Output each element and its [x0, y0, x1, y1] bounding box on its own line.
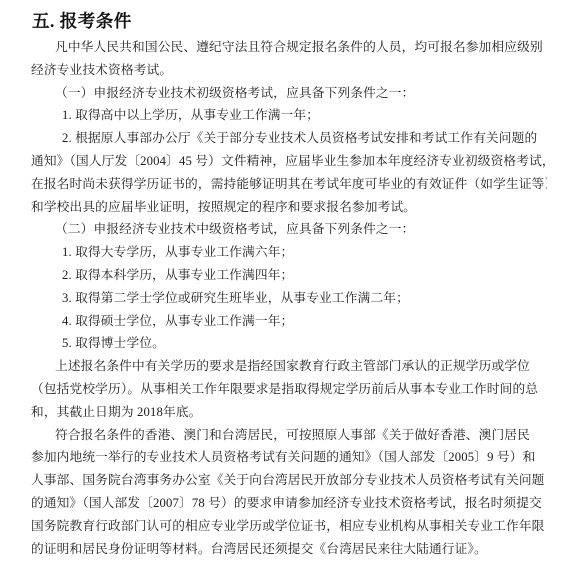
text-line: （一）申报经济专业技术初级资格考试，应具备下列条件之一：: [31, 82, 547, 105]
text-line: 和学校出具的应届毕业证明，按照规定的程序和要求报名参加考试。: [31, 196, 547, 219]
text-line: 参加内地统一举行的专业技术人员资格考试有关问题的通知》（国人部发〔2005〕9 …: [31, 446, 547, 469]
text-line: 1. 取得大专学历，从事专业工作满六年；: [31, 241, 547, 264]
text-line: （二）申报经济专业技术中级资格考试，应具备下列条件之一：: [31, 218, 547, 241]
text-line: （包括党校学历）。从事相关工作年限要求是指取得规定学历前后从事本专业工作时间的总: [31, 378, 547, 401]
text-line: 人事部、国务院台湾事务办公室《关于向台湾居民开放部分专业技术人员资格考试有关问题: [31, 469, 547, 492]
text-line: 2. 根据原人事部办公厅《关于部分专业技术人员资格考试安排和考试工作有关问题的: [31, 127, 547, 150]
text-line: 的通知》（国人部发〔2007〕78 号）的要求申请参加经济专业技术资格考试，报名…: [31, 492, 547, 515]
document-page: 五. 报考条件 凡中华人民共和国公民、遵纪守法且符合规定报名条件的人员，均可报名…: [0, 0, 573, 566]
text-line: 4. 取得硕士学位，从事专业工作满一年；: [31, 310, 547, 333]
text-line: 1. 取得高中以上学历，从事专业工作满一年；: [31, 104, 547, 127]
text-line: 5. 取得博士学位。: [31, 332, 547, 355]
text-line: 符合报名条件的香港、澳门和台湾居民，可按照原人事部《关于做好香港、澳门居民: [31, 424, 547, 447]
text-line: 上述报名条件中有关学历的要求是指经国家教育行政主管部门承认的正规学历或学位: [31, 355, 547, 378]
text-line: 凡中华人民共和国公民、遵纪守法且符合规定报名条件的人员，均可报名参加相应级别: [31, 36, 547, 59]
text-line: 和，其截止日期为 2018年底。: [31, 401, 547, 424]
text-line: 3. 取得第二学士学位或研究生班毕业，从事专业工作满二年；: [31, 287, 547, 310]
document-body: 凡中华人民共和国公民、遵纪守法且符合规定报名条件的人员，均可报名参加相应级别经济…: [31, 36, 547, 560]
page-title: 五. 报考条件: [31, 9, 547, 36]
text-line: 国务院教育行政部门认可的相应专业学历或学位证书，相应专业机构从事相关专业工作年限: [31, 515, 547, 538]
text-line: 的证明和居民身份证明等材料。台湾居民还须提交《台湾居民来往大陆通行证》。: [31, 538, 547, 561]
text-line: 2. 取得本科学历，从事专业工作满四年；: [31, 264, 547, 287]
text-line: 经济专业技术资格考试。: [31, 59, 547, 82]
text-line: 在报名时尚未获得学历证书的，需持能够证明其在考试年度可毕业的有效证件（如学生证等…: [31, 173, 547, 196]
text-line: 通知》（国人厅发〔2004〕45 号）文件精神，应届毕业生参加本年度经济专业初级…: [31, 150, 547, 173]
